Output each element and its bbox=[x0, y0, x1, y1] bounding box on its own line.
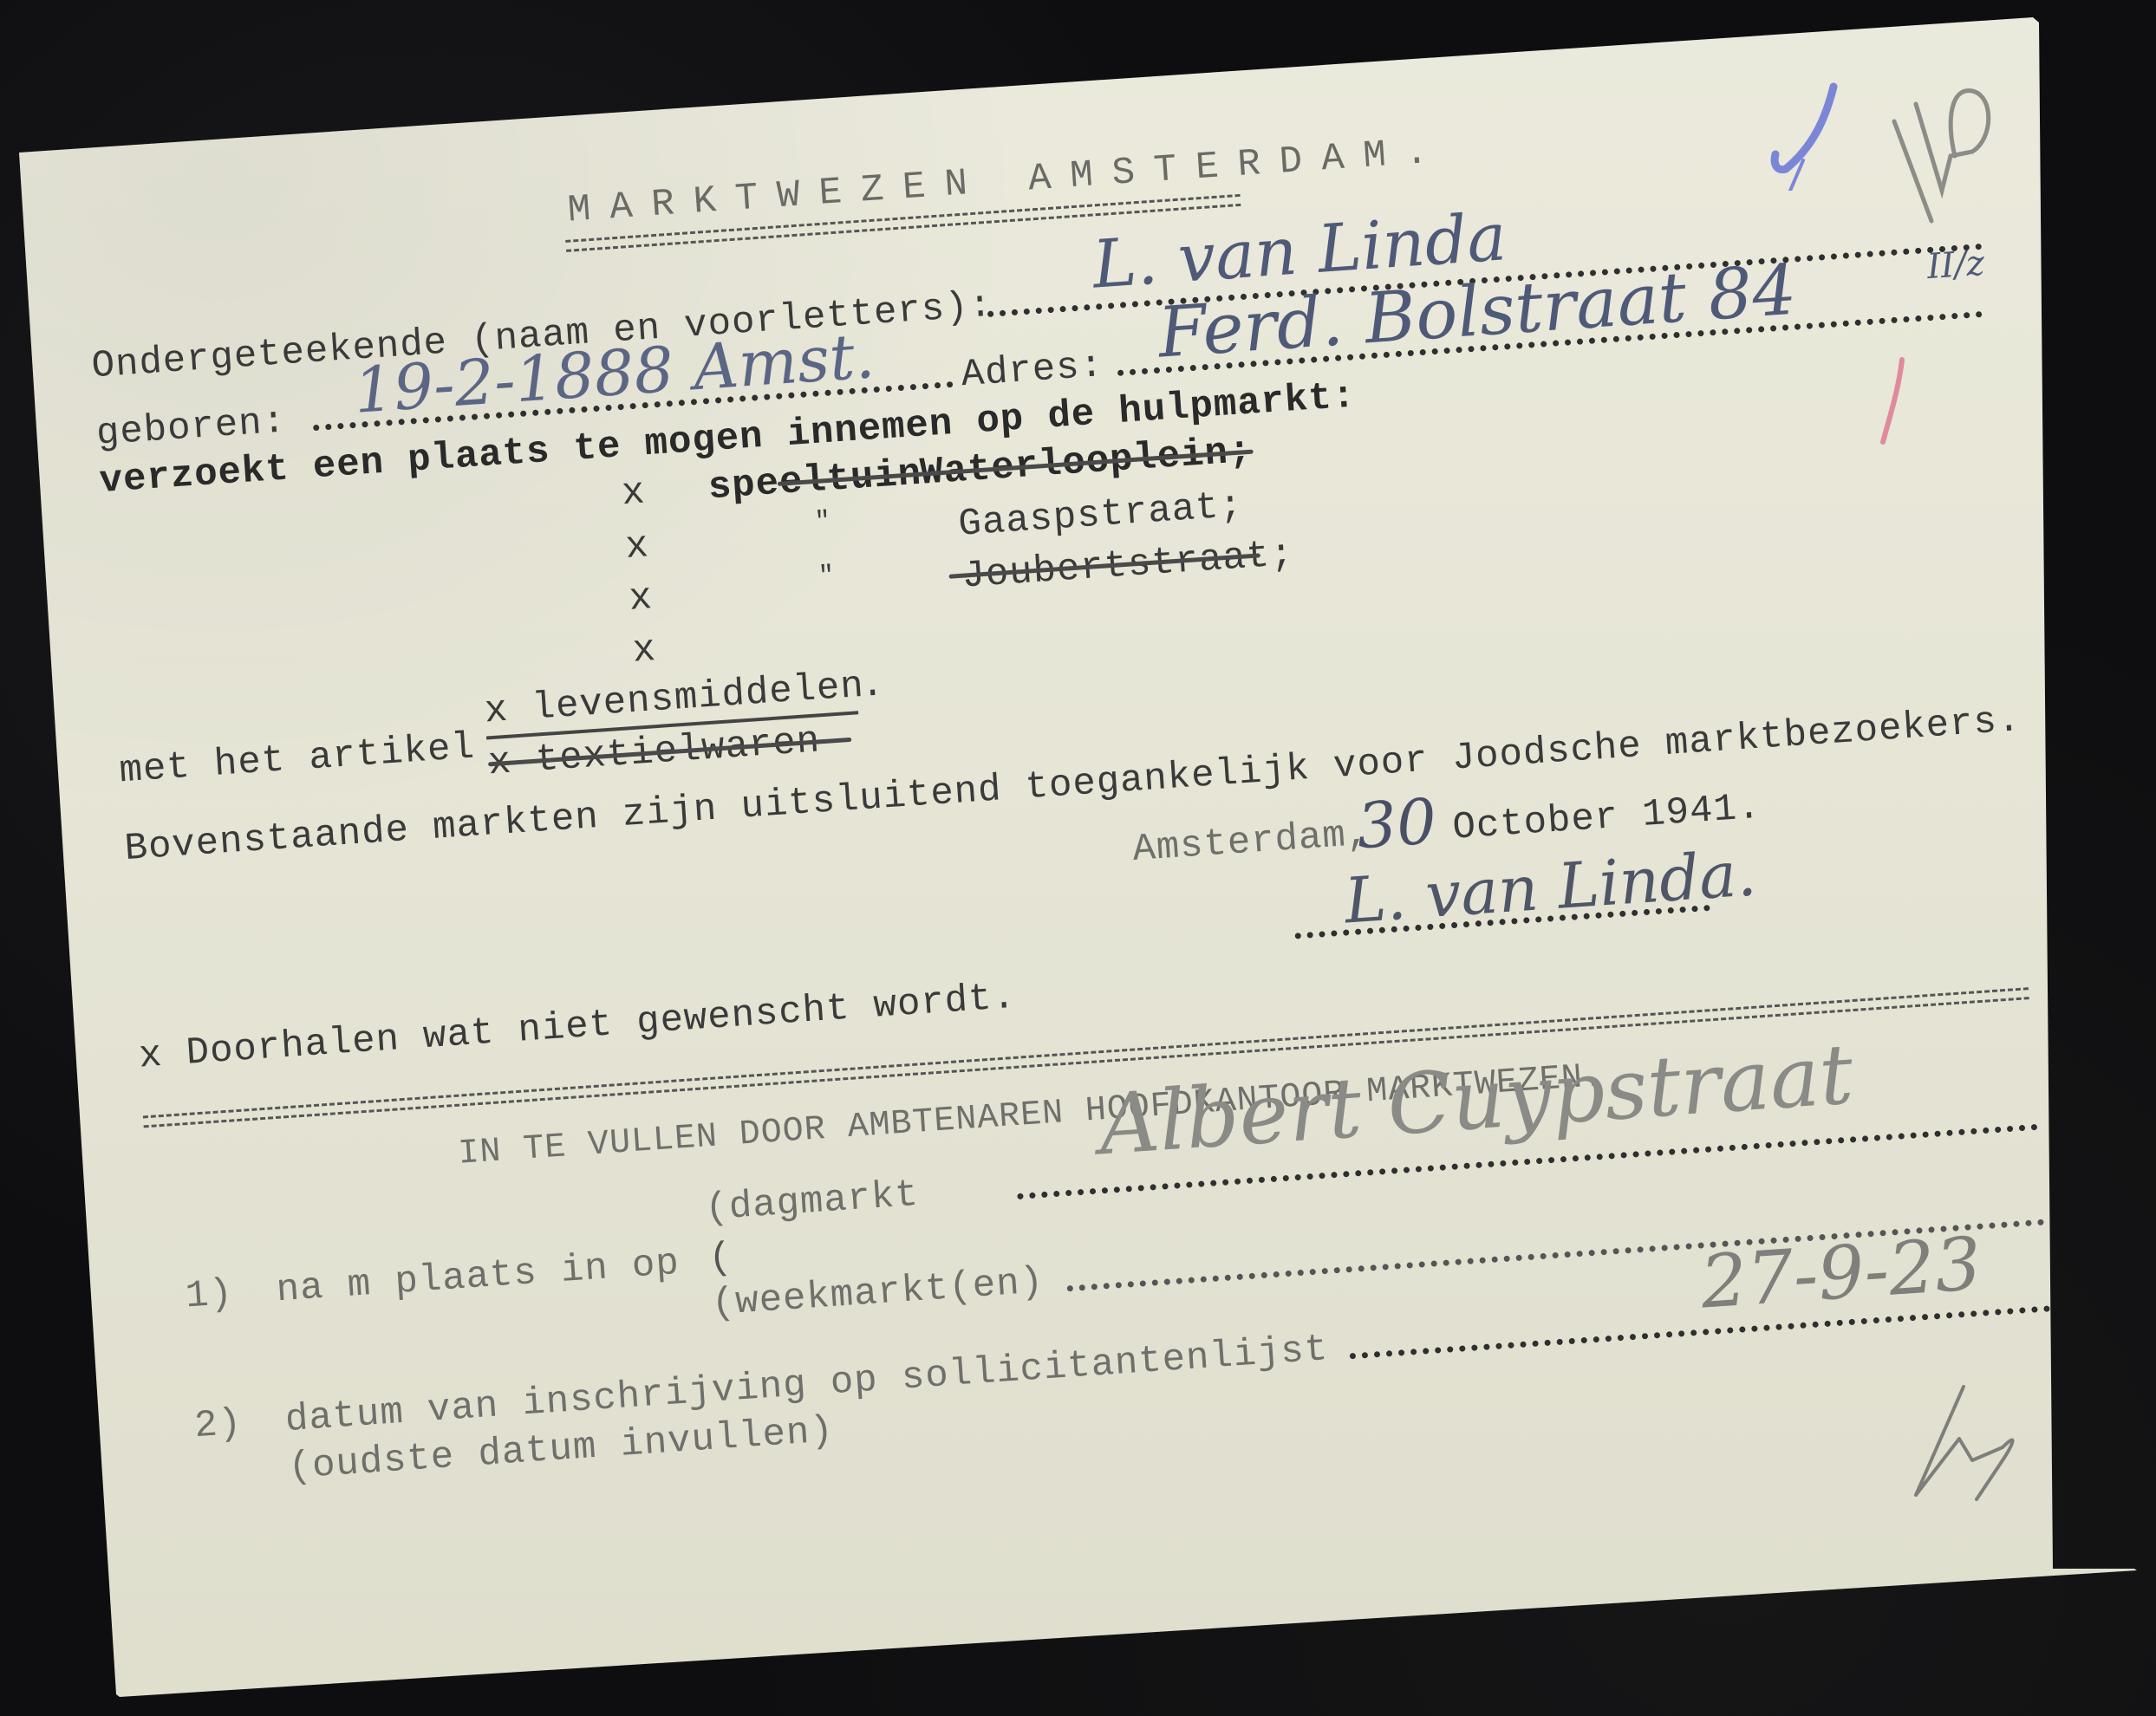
born-label: geboren: bbox=[95, 402, 288, 453]
market-marker-3: x bbox=[628, 579, 654, 619]
inschrijving-date-value[interactable]: 27-9-23 bbox=[1698, 1221, 1984, 1325]
ditto-mark-1: " bbox=[814, 509, 832, 536]
article-label: met het artikel bbox=[118, 728, 476, 790]
item-1-brace: ( bbox=[707, 1237, 733, 1282]
form-content: MARKTWEZEN AMSTERDAM. Ondergeteekende (n… bbox=[78, 29, 2156, 1592]
address-suffix[interactable]: II/z bbox=[1925, 244, 1985, 287]
market-marker-4: x bbox=[631, 631, 657, 671]
item-1-number: 1) bbox=[185, 1275, 235, 1316]
article-levensmiddelen: levensmiddelen bbox=[531, 667, 865, 728]
market-name-gaaspstraat: Gaaspstraat; bbox=[957, 487, 1244, 544]
footnote-text: x Doorhalen wat niet gewenscht wordt. bbox=[138, 978, 1018, 1076]
date-day[interactable]: 30 bbox=[1354, 784, 1438, 862]
option-dagmarkt: (dagmarkt bbox=[704, 1176, 920, 1229]
option-weekmarkt: (weekmarkt(en) bbox=[711, 1263, 1045, 1323]
item-2-number: 2) bbox=[193, 1405, 244, 1446]
article-period: . bbox=[860, 666, 886, 705]
market-marker-1: x bbox=[621, 473, 647, 513]
place-label: Amsterdam, bbox=[1131, 815, 1371, 869]
ditto-mark-2: " bbox=[817, 563, 836, 590]
item-1-label: na m plaats in op bbox=[275, 1245, 681, 1310]
address-label: Adres: bbox=[960, 347, 1104, 394]
article-marker-1: x bbox=[484, 692, 510, 731]
inschrijving-dotted-field bbox=[1350, 1305, 2051, 1359]
market-marker-2: x bbox=[624, 527, 650, 567]
